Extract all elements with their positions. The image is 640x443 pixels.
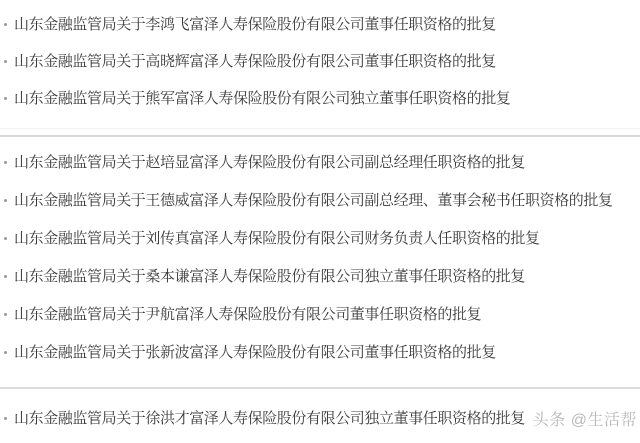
watermark: 头条 @生活帮 — [533, 407, 637, 430]
announcement-title: 山东金融监管局关于王德威富泽人寿保险股份有限公司副总经理、董事会秘书任职资格的批… — [14, 193, 613, 208]
announcement-title: 山东金融监管局关于张新波富泽人寿保险股份有限公司董事任职资格的批复 — [14, 345, 496, 360]
bullet-icon — [4, 60, 7, 63]
announcement-title: 山东金融监管局关于桑本谦富泽人寿保险股份有限公司独立董事任职资格的批复 — [14, 269, 525, 284]
list-item[interactable]: 山东金融监管局关于熊军富泽人寿保险股份有限公司独立董事任职资格的批复 — [0, 80, 640, 117]
announcement-group-2: 山东金融监管局关于赵培显富泽人寿保险股份有限公司副总经理任职资格的批复 山东金融… — [0, 143, 640, 371]
announcement-title: 山东金融监管局关于尹航富泽人寿保险股份有限公司董事任职资格的批复 — [14, 307, 481, 322]
announcement-title: 山东金融监管局关于李鸿飞富泽人寿保险股份有限公司董事任职资格的批复 — [14, 17, 496, 32]
announcement-title: 山东金融监管局关于赵培显富泽人寿保险股份有限公司副总经理任职资格的批复 — [14, 155, 525, 170]
list-item[interactable]: 山东金融监管局关于李鸿飞富泽人寿保险股份有限公司董事任职资格的批复 — [0, 6, 640, 43]
bullet-icon — [4, 417, 7, 420]
bullet-icon — [4, 97, 7, 100]
section-divider — [0, 387, 640, 389]
list-item[interactable]: 山东金融监管局关于赵培显富泽人寿保险股份有限公司副总经理任职资格的批复 — [0, 143, 640, 181]
list-item[interactable]: 山东金融监管局关于尹航富泽人寿保险股份有限公司董事任职资格的批复 — [0, 295, 640, 333]
bullet-icon — [4, 237, 7, 240]
announcement-list-page: 山东金融监管局关于李鸿飞富泽人寿保险股份有限公司董事任职资格的批复 山东金融监管… — [0, 0, 640, 443]
announcement-title: 山东金融监管局关于高晓辉富泽人寿保险股份有限公司董事任职资格的批复 — [14, 54, 496, 69]
bullet-icon — [4, 161, 7, 164]
bullet-icon — [4, 23, 7, 26]
list-item[interactable]: 山东金融监管局关于王德威富泽人寿保险股份有限公司副总经理、董事会秘书任职资格的批… — [0, 181, 640, 219]
announcement-title: 山东金融监管局关于刘传真富泽人寿保险股份有限公司财务负责人任职资格的批复 — [14, 231, 540, 246]
list-item[interactable]: 山东金融监管局关于高晓辉富泽人寿保险股份有限公司董事任职资格的批复 — [0, 43, 640, 80]
announcement-group-1: 山东金融监管局关于李鸿飞富泽人寿保险股份有限公司董事任职资格的批复 山东金融监管… — [0, 6, 640, 117]
list-item[interactable]: 山东金融监管局关于张新波富泽人寿保险股份有限公司董事任职资格的批复 — [0, 333, 640, 371]
bullet-icon — [4, 351, 7, 354]
announcement-title: 山东金融监管局关于熊军富泽人寿保险股份有限公司独立董事任职资格的批复 — [14, 91, 510, 106]
bullet-icon — [4, 199, 7, 202]
section-divider — [0, 135, 640, 137]
list-item[interactable]: 山东金融监管局关于桑本谦富泽人寿保险股份有限公司独立董事任职资格的批复 — [0, 257, 640, 295]
list-item[interactable]: 山东金融监管局关于刘传真富泽人寿保险股份有限公司财务负责人任职资格的批复 — [0, 219, 640, 257]
section-divider-faint — [0, 128, 640, 129]
announcement-title: 山东金融监管局关于徐洪才富泽人寿保险股份有限公司独立董事任职资格的批复 — [14, 411, 525, 426]
bullet-icon — [4, 275, 7, 278]
bullet-icon — [4, 313, 7, 316]
